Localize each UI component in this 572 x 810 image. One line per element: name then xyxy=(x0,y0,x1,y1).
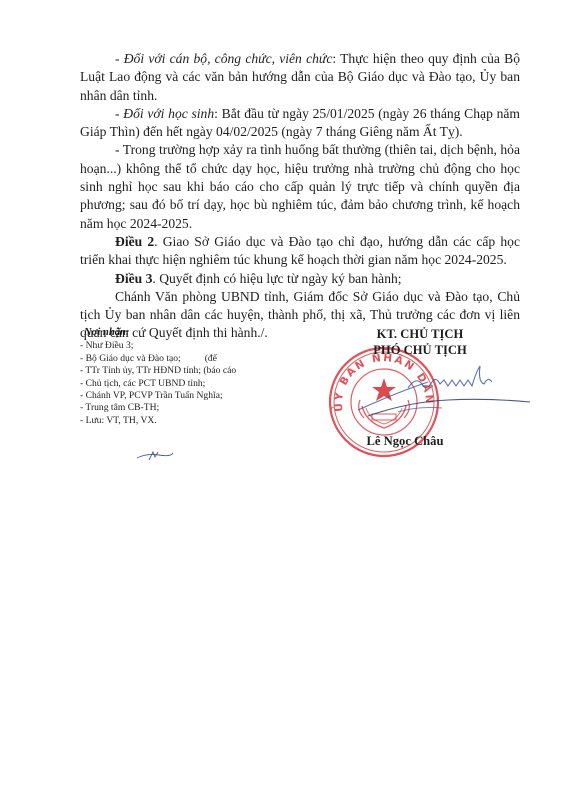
recipient-item: - Lưu: VT, TH, VX. xyxy=(80,415,300,427)
handwritten-signature-icon xyxy=(338,362,538,422)
recipient-item: - Như Điều 3; xyxy=(80,340,300,352)
signer-name: Lê Ngọc Châu xyxy=(355,434,455,449)
recipient-item: - Chánh VP, PCVP Trần Tuấn Nghĩa; xyxy=(80,390,300,402)
recipient-item: - Chủ tịch, các PCT UBND tỉnh; xyxy=(80,378,300,390)
recipient-item: - Bộ Giáo dục và Đào tạo; (để xyxy=(80,353,300,365)
paragraph-students: - Đối với học sinh: Bắt đầu từ ngày 25/0… xyxy=(80,105,520,142)
article-2: Điều 2. Giao Sở Giáo dục và Đào tạo chỉ … xyxy=(80,233,520,270)
article-3: Điều 3. Quyết định có hiệu lực từ ngày k… xyxy=(80,270,520,288)
paragraph-lead: - Đối với học sinh xyxy=(115,106,214,121)
recipient-item: - TTr Tỉnh ủy, TTr HĐND tỉnh; (báo cáo xyxy=(80,365,300,377)
paragraph-text: - Trong trường hợp xảy ra tình huống bất… xyxy=(80,142,520,230)
recipients-block: Nơi nhận: - Như Điều 3; - Bộ Giáo dục và… xyxy=(80,327,300,427)
initials-mark-icon xyxy=(135,449,175,463)
document-body: - Đối với cán bộ, công chức, viên chức: … xyxy=(80,50,520,343)
paragraph-lead: - Đối với cán bộ, công chức, viên chức xyxy=(115,51,332,66)
article-label: Điều 3 xyxy=(115,271,152,286)
paragraph-emergency: - Trong trường hợp xảy ra tình huống bất… xyxy=(80,141,520,232)
paragraph-text: . Quyết định có hiệu lực từ ngày ký ban … xyxy=(152,271,401,286)
signature-title-2: PHÓ CHỦ TỊCH xyxy=(310,343,530,359)
recipient-item: - Trung tâm CB-TH; xyxy=(80,402,300,414)
signature-block: KT. CHỦ TỊCH PHÓ CHỦ TỊCH xyxy=(330,327,530,358)
article-label: Điều 2 xyxy=(115,234,154,249)
signature-title-1: KT. CHỦ TỊCH xyxy=(310,327,530,343)
paragraph-officials: - Đối với cán bộ, công chức, viên chức: … xyxy=(80,50,520,105)
recipients-title: Nơi nhận: xyxy=(84,327,300,339)
